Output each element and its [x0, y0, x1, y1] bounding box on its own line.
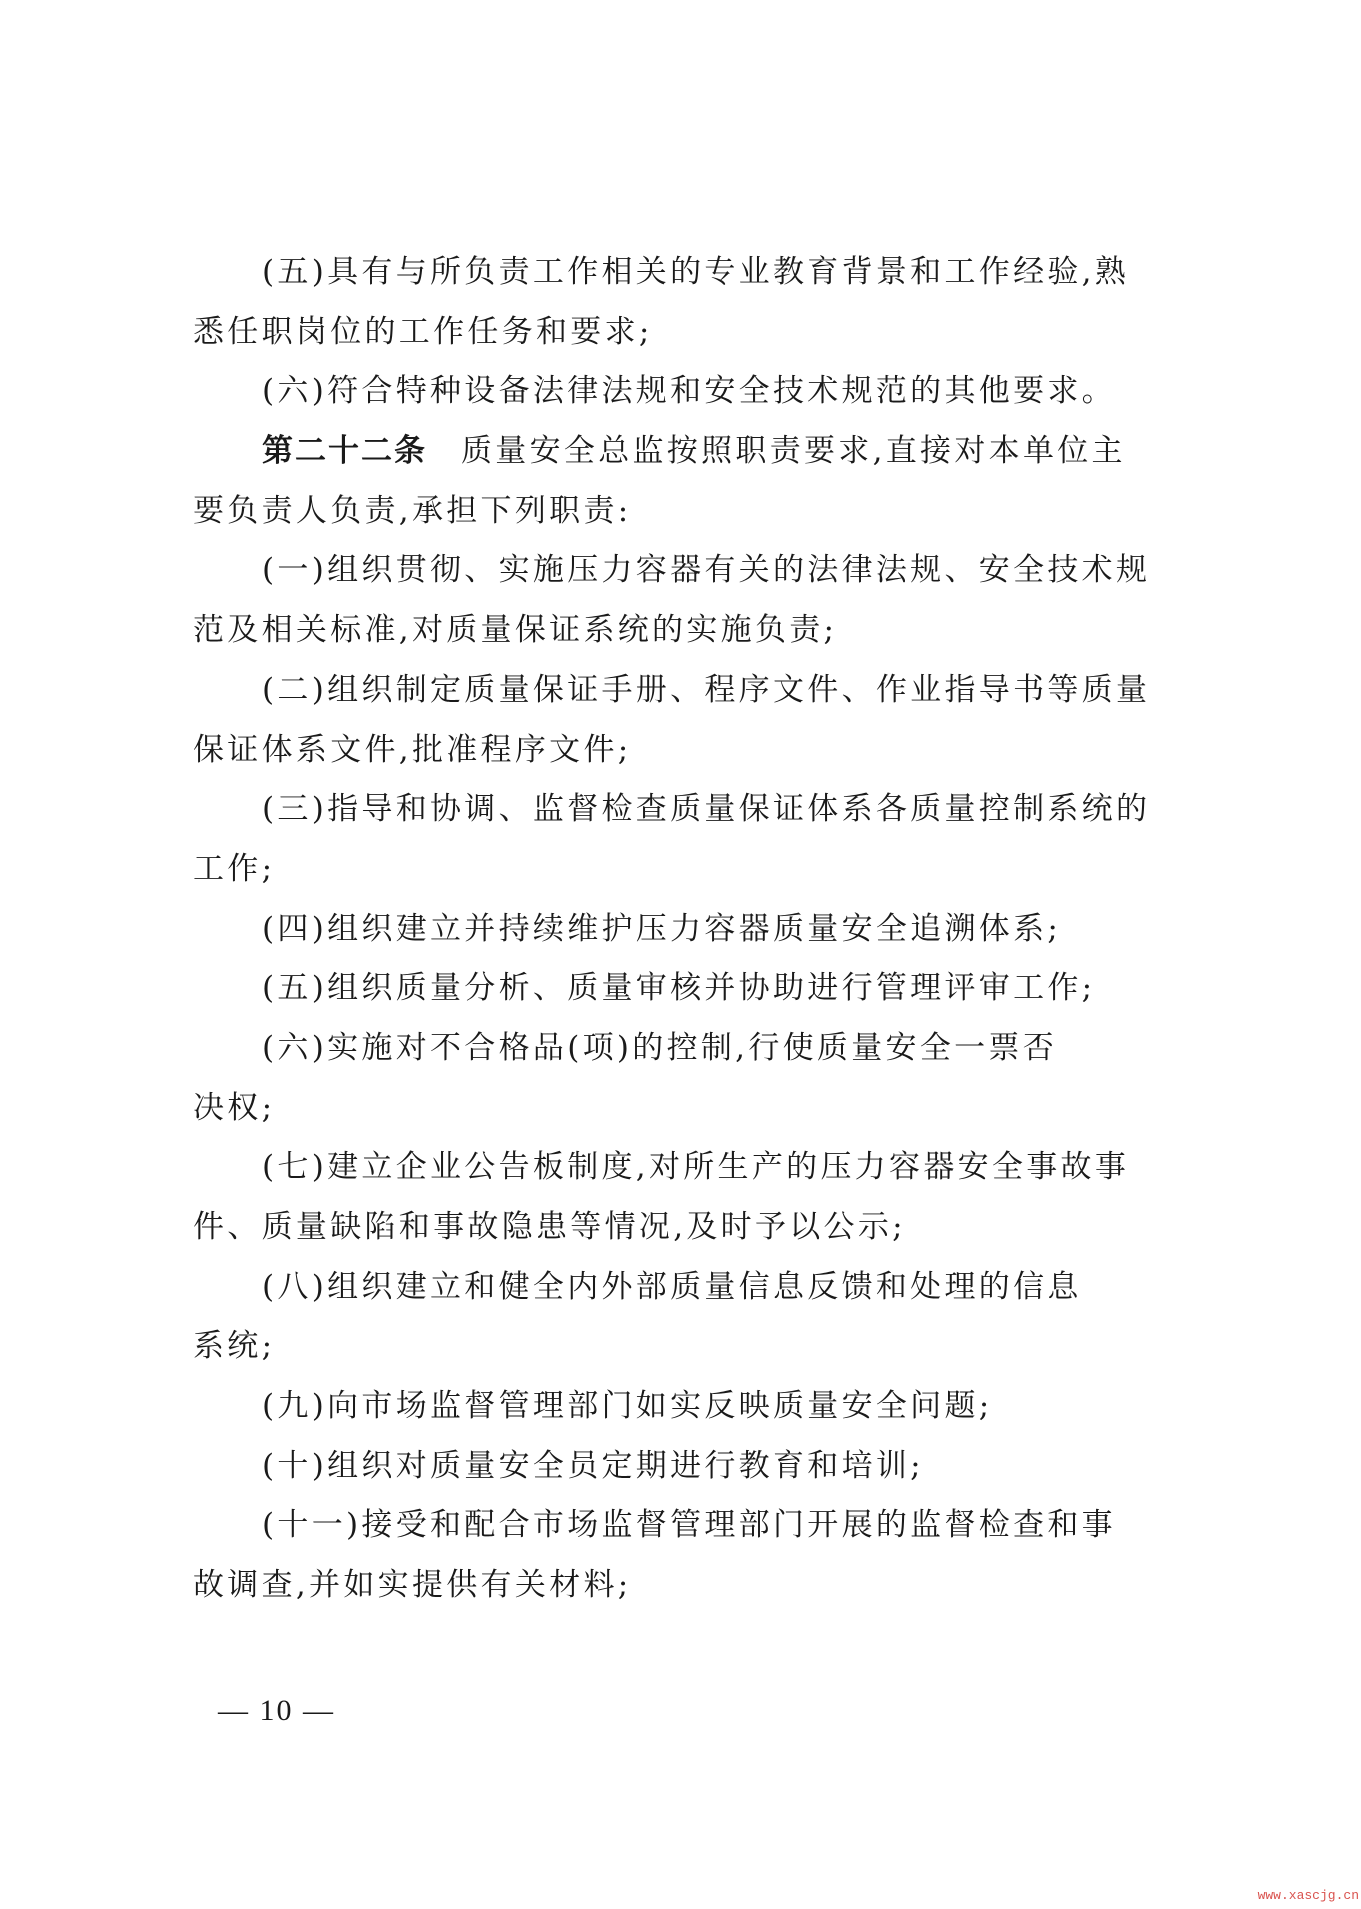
article-text: 质量安全总监按照职责要求,直接对本单位主	[461, 433, 1126, 469]
paragraph-line: (十)组织对质量安全员定期进行教育和培训;	[193, 1437, 1173, 1497]
paragraph-line: (五)组织质量分析、质量审核并协助进行管理评审工作;	[193, 959, 1173, 1019]
paragraph-line: 保证体系文件,批准程序文件;	[193, 721, 1173, 781]
paragraph-line: (十一)接受和配合市场监督管理部门开展的监督检查和事	[193, 1496, 1173, 1556]
paragraph-line: (六)实施对不合格品(项)的控制,行使质量安全一票否	[193, 1019, 1173, 1079]
paragraph-line: (三)指导和协调、监督检查质量保证体系各质量控制系统的	[193, 780, 1173, 840]
document-page: (五)具有与所负责工作相关的专业教育背景和工作经验,熟 悉任职岗位的工作任务和要…	[0, 0, 1361, 1909]
paragraph-line: (八)组织建立和健全内外部质量信息反馈和处理的信息	[193, 1258, 1173, 1318]
paragraph-line: (一)组织贯彻、实施压力容器有关的法律法规、安全技术规	[193, 541, 1173, 601]
paragraph-line: 决权;	[193, 1079, 1173, 1139]
article-heading: 第二十二条	[262, 433, 427, 469]
paragraph-line: (六)符合特种设备法律法规和安全技术规范的其他要求。	[193, 362, 1173, 422]
paragraph-line: 范及相关标准,对质量保证系统的实施负责;	[193, 601, 1173, 661]
paragraph-line: 件、质量缺陷和事故隐患等情况,及时予以公示;	[193, 1198, 1173, 1258]
page-number: — 10 —	[218, 1694, 335, 1728]
article-line: 第二十二条质量安全总监按照职责要求,直接对本单位主	[193, 422, 1173, 482]
paragraph-line: (九)向市场监督管理部门如实反映质量安全问题;	[193, 1377, 1173, 1437]
body-text: (五)具有与所负责工作相关的专业教育背景和工作经验,熟 悉任职岗位的工作任务和要…	[193, 243, 1173, 1616]
watermark: www.xascjg.cn	[1258, 1888, 1359, 1903]
paragraph-line: 悉任职岗位的工作任务和要求;	[193, 303, 1173, 363]
paragraph-line: (二)组织制定质量保证手册、程序文件、作业指导书等质量	[193, 661, 1173, 721]
paragraph-line: (四)组织建立并持续维护压力容器质量安全追溯体系;	[193, 900, 1173, 960]
paragraph-line: (七)建立企业公告板制度,对所生产的压力容器安全事故事	[193, 1138, 1173, 1198]
paragraph-line: 工作;	[193, 840, 1173, 900]
paragraph-line: 系统;	[193, 1317, 1173, 1377]
paragraph-line: 故调查,并如实提供有关材料;	[193, 1556, 1173, 1616]
paragraph-line: 要负责人负责,承担下列职责:	[193, 482, 1173, 542]
paragraph-line: (五)具有与所负责工作相关的专业教育背景和工作经验,熟	[193, 243, 1173, 303]
